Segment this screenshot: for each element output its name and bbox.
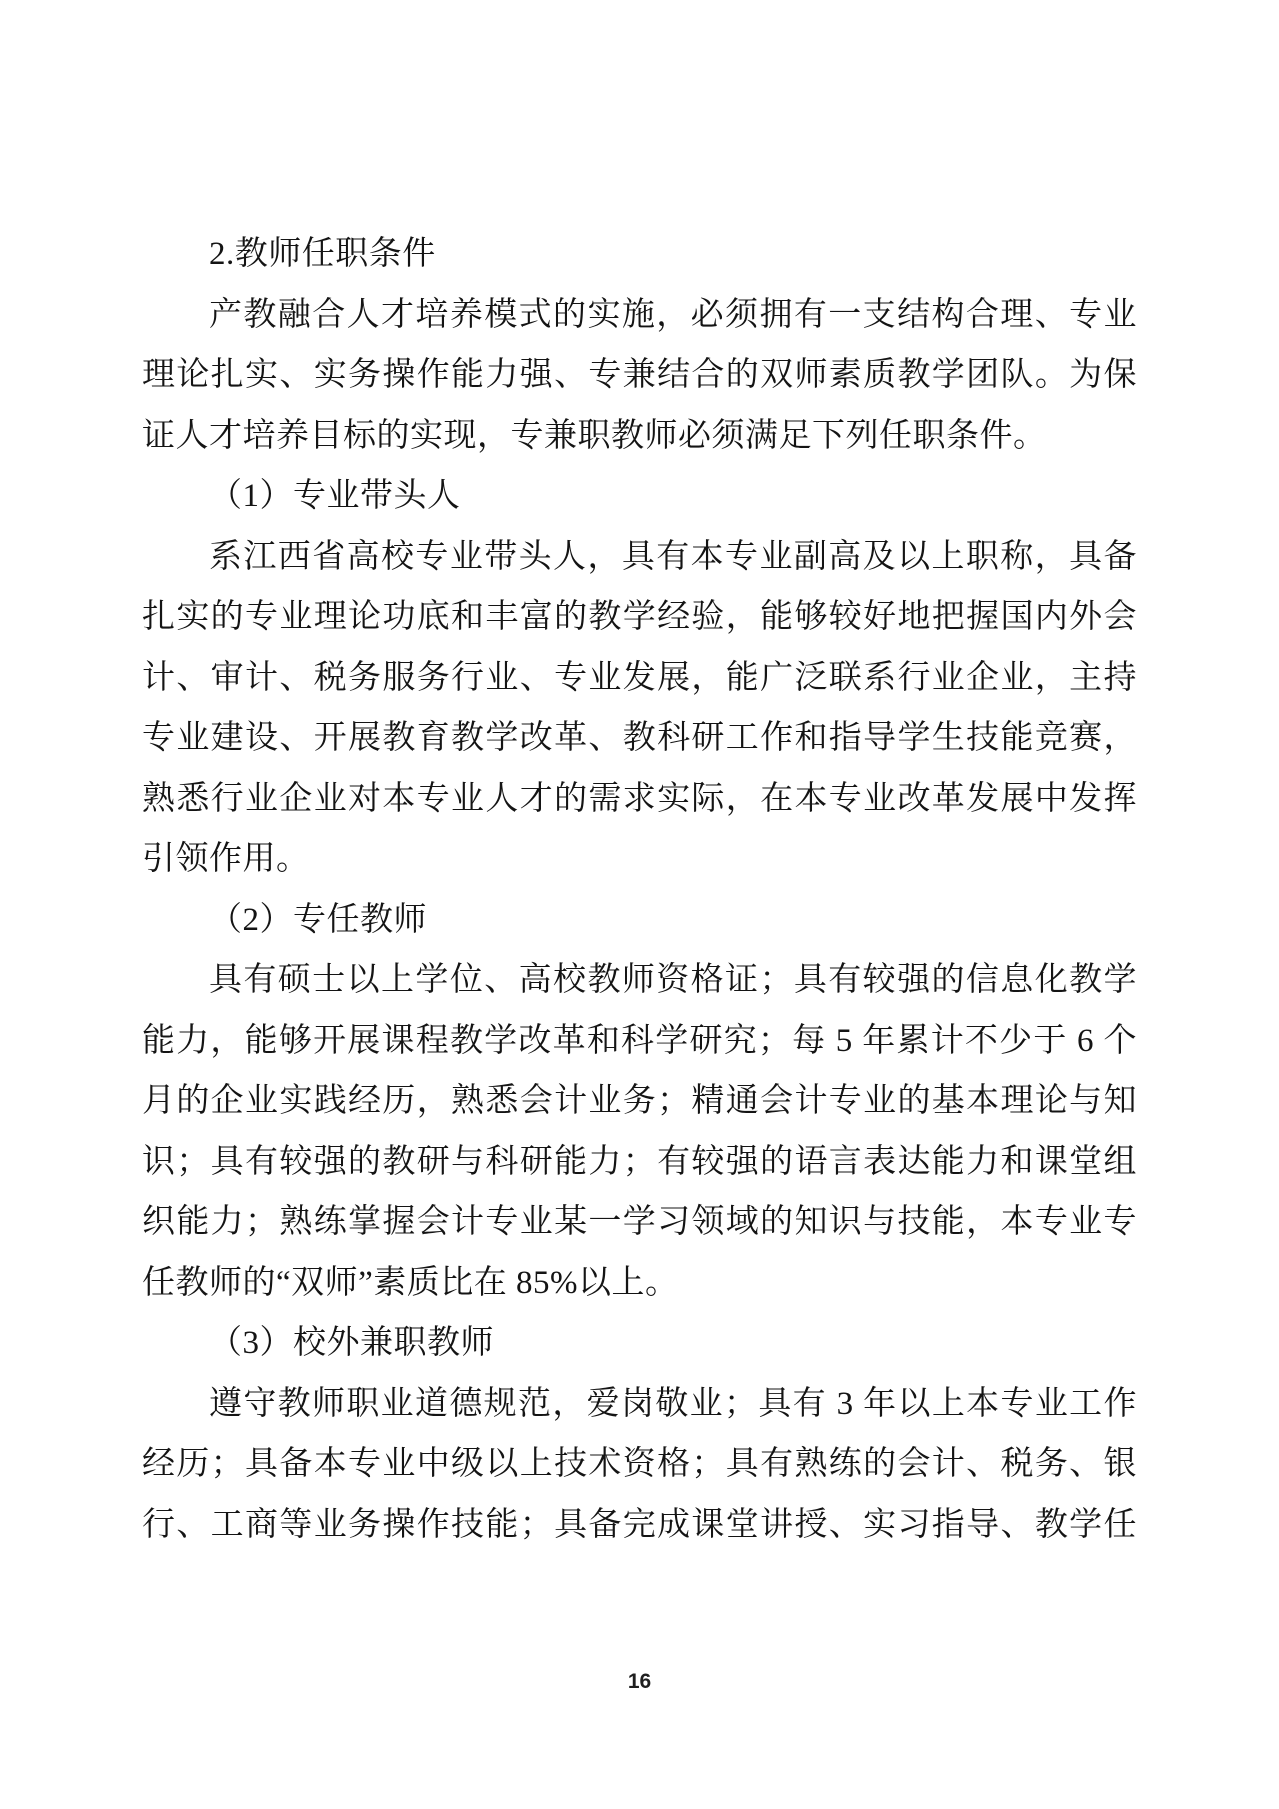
body-line: 理论扎实、实务操作能力强、专兼结合的双师素质教学团队。为保 [142,345,1137,406]
body-line: 产教融合人才培养模式的实施，必须拥有一支结构合理、专业 [142,285,1137,346]
body-line: 扎实的专业理论功底和丰富的教学经验，能够较好地把握国内外会 [142,587,1137,648]
paragraph-intro: 产教融合人才培养模式的实施，必须拥有一支结构合理、专业 理论扎实、实务操作能力强… [142,285,1137,467]
paragraph-professional-leader: 系江西省高校专业带头人，具有本专业副高及以上职称，具备 扎实的专业理论功底和丰富… [142,527,1137,890]
subheading-fulltime-teacher: （2）专任教师 [142,890,1137,951]
body-line: 织能力；熟练掌握会计专业某一学习领域的知识与技能，本专业专 [142,1192,1137,1253]
body-line: 专业建设、开展教育教学改革、教科研工作和指导学生技能竞赛， [142,708,1137,769]
body-line: 行、工商等业务操作技能；具备完成课堂讲授、实习指导、教学任 [142,1495,1137,1556]
paragraph-external-parttime-teacher: 遵守教师职业道德规范，爱岗敬业；具有 3 年以上本专业工作 经历；具备本专业中级… [142,1374,1137,1556]
body-line: 证人才培养目标的实现，专兼职教师必须满足下列任职条件。 [142,406,1137,467]
body-line: 具有硕士以上学位、高校教师资格证；具有较强的信息化教学 [142,950,1137,1011]
body-line: 系江西省高校专业带头人，具有本专业副高及以上职称，具备 [142,527,1137,588]
body-line: 引领作用。 [142,829,1137,890]
body-line: 识；具有较强的教研与科研能力；有较强的语言表达能力和课堂组 [142,1132,1137,1193]
body-line: 经历；具备本专业中级以上技术资格；具有熟练的会计、税务、银 [142,1434,1137,1495]
section-heading-teacher-requirements: 2.教师任职条件 [142,224,1137,285]
body-line: 熟悉行业企业对本专业人才的需求实际，在本专业改革发展中发挥 [142,769,1137,830]
body-line: 计、审计、税务服务行业、专业发展，能广泛联系行业企业，主持 [142,648,1137,709]
body-line: 能力，能够开展课程教学改革和科学研究；每 5 年累计不少于 6 个 [142,1011,1137,1072]
body-line: 任教师的“双师”素质比在 85%以上。 [142,1253,1137,1314]
body-line: 遵守教师职业道德规范，爱岗敬业；具有 3 年以上本专业工作 [142,1374,1137,1435]
page-number: 16 [0,1670,1279,1694]
subheading-external-parttime-teacher: （3）校外兼职教师 [142,1313,1137,1374]
subheading-professional-leader: （1）专业带头人 [142,466,1137,527]
body-line: 月的企业实践经历，熟悉会计业务；精通会计专业的基本理论与知 [142,1071,1137,1132]
paragraph-fulltime-teacher: 具有硕士以上学位、高校教师资格证；具有较强的信息化教学 能力，能够开展课程教学改… [142,950,1137,1313]
document-body: 2.教师任职条件 产教融合人才培养模式的实施，必须拥有一支结构合理、专业 理论扎… [142,224,1137,1555]
document-page: { "colors": { "background": "#ffffff", "… [0,0,1279,1809]
